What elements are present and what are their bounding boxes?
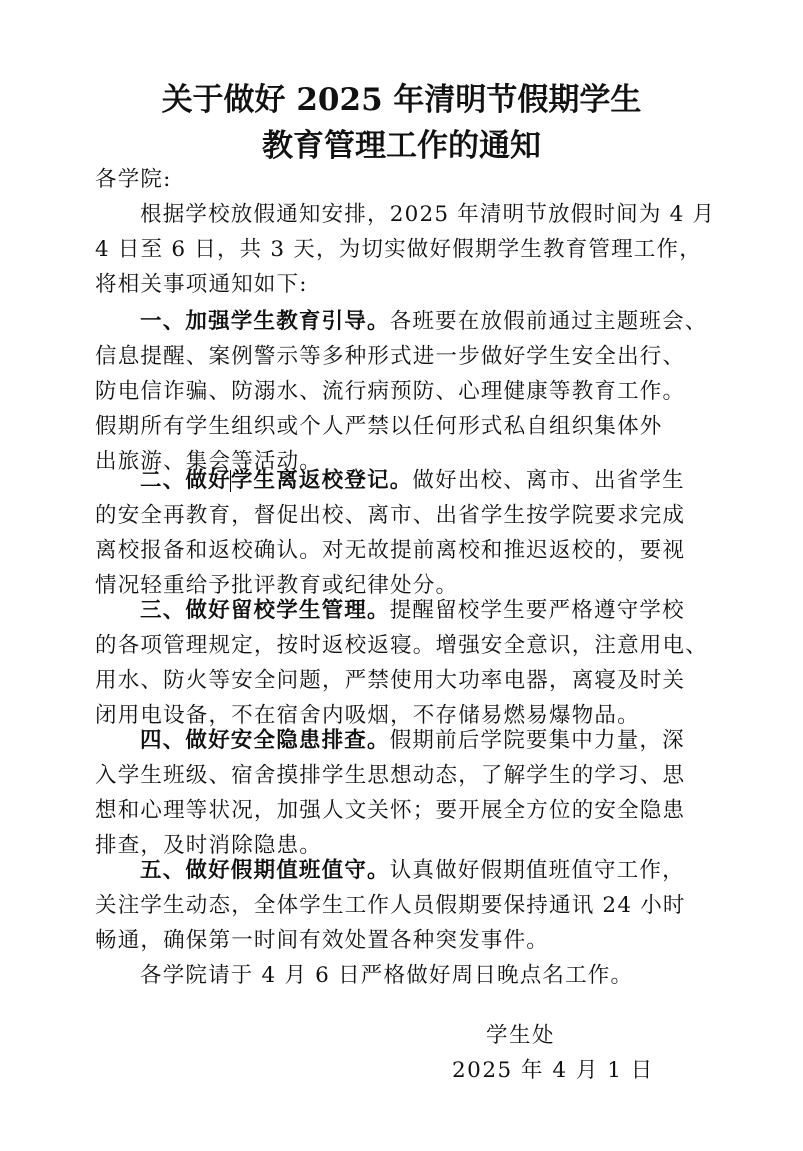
section-1-line: 假期所有学生组织或个人严禁以任何形式私自组织集体外 <box>95 412 695 442</box>
section-1-heading: 一、加强学生教育引导。 <box>140 309 390 334</box>
section-5-line: 畅通，确保第一时间有效处置各种突发事件。 <box>95 926 695 956</box>
document-title-line-1: 关于做好 2025 年清明节假期学生 <box>0 74 803 119</box>
section-2-heading-a: 二、做好 <box>140 468 231 493</box>
section-1-line: 信息提醒、案例警示等多种形式进一步做好学生安全出行、 <box>95 342 695 372</box>
section-4-line: 入学生班级、宿舍摸排学生思想动态，了解学生的学习、思 <box>95 761 695 791</box>
intro-line: 将相关事项通知如下: <box>95 270 695 300</box>
section-3-first-line: 三、做好留校学生管理。提醒留校学生要严格遵守学校 <box>140 596 740 626</box>
signature-department: 学生处 <box>486 1018 555 1049</box>
section-2-line: 的安全再教育，督促出校、离市、出省学生按学院要求完成 <box>95 501 695 531</box>
section-4-line: 想和心理等状况，加强人文关怀；要开展全方位的安全隐患 <box>95 796 695 826</box>
section-4-heading: 四、做好安全隐患排查。 <box>140 728 390 753</box>
section-5-text: 认真做好假期值班值守工作， <box>390 858 685 883</box>
section-4-first-line: 四、做好安全隐患排查。假期前后学院要集中力量，深 <box>140 726 740 756</box>
section-3-line: 用水、防火等安全问题，严禁使用大功率电器，离寝及时关 <box>95 666 695 696</box>
section-1-first-line: 一、加强学生教育引导。各班要在放假前通过主题班会、 <box>140 307 740 337</box>
section-2-first-line[interactable]: 二、做好学生离返校登记。做好出校、离市、出省学生 <box>140 466 740 496</box>
signature-date: 2025 年 4 月 1 日 <box>452 1053 654 1084</box>
document-title-line-2: 教育管理工作的通知 <box>0 120 803 165</box>
section-5-first-line: 五、做好假期值班值守。认真做好假期值班值守工作， <box>140 856 740 886</box>
intro-line: 根据学校放假通知安排，2025 年清明节放假时间为 4 月 <box>140 200 740 230</box>
section-1-line: 防电信诈骗、防溺水、流行病预防、心理健康等教育工作。 <box>95 377 695 407</box>
salutation: 各学院: <box>95 165 695 195</box>
section-4-text: 假期前后学院要集中力量，深 <box>390 728 685 753</box>
section-3-text: 提醒留校学生要严格遵守学校 <box>390 598 685 623</box>
section-2-heading-b: 学生离返校登记。 <box>231 468 413 493</box>
section-2-line: 离校报备和返校确认。对无故提前离校和推迟返校的，要视 <box>95 536 695 566</box>
section-3-heading: 三、做好留校学生管理。 <box>140 598 390 623</box>
section-5-line: 关注学生动态，全体学生工作人员假期要保持通讯 24 小时 <box>95 891 695 921</box>
closing-line: 各学院请于 4 月 6 日严格做好周日晚点名工作。 <box>140 961 740 991</box>
section-2-text: 做好出校、离市、出省学生 <box>412 468 684 493</box>
section-3-line: 的各项管理规定，按时返校返寝。增强安全意识，注意用电、 <box>95 631 695 661</box>
section-1-text: 各班要在放假前通过主题班会、 <box>390 309 708 334</box>
section-5-heading: 五、做好假期值班值守。 <box>140 858 390 883</box>
intro-line: 4 日至 6 日，共 3 天，为切实做好假期学生教育管理工作， <box>95 235 695 265</box>
